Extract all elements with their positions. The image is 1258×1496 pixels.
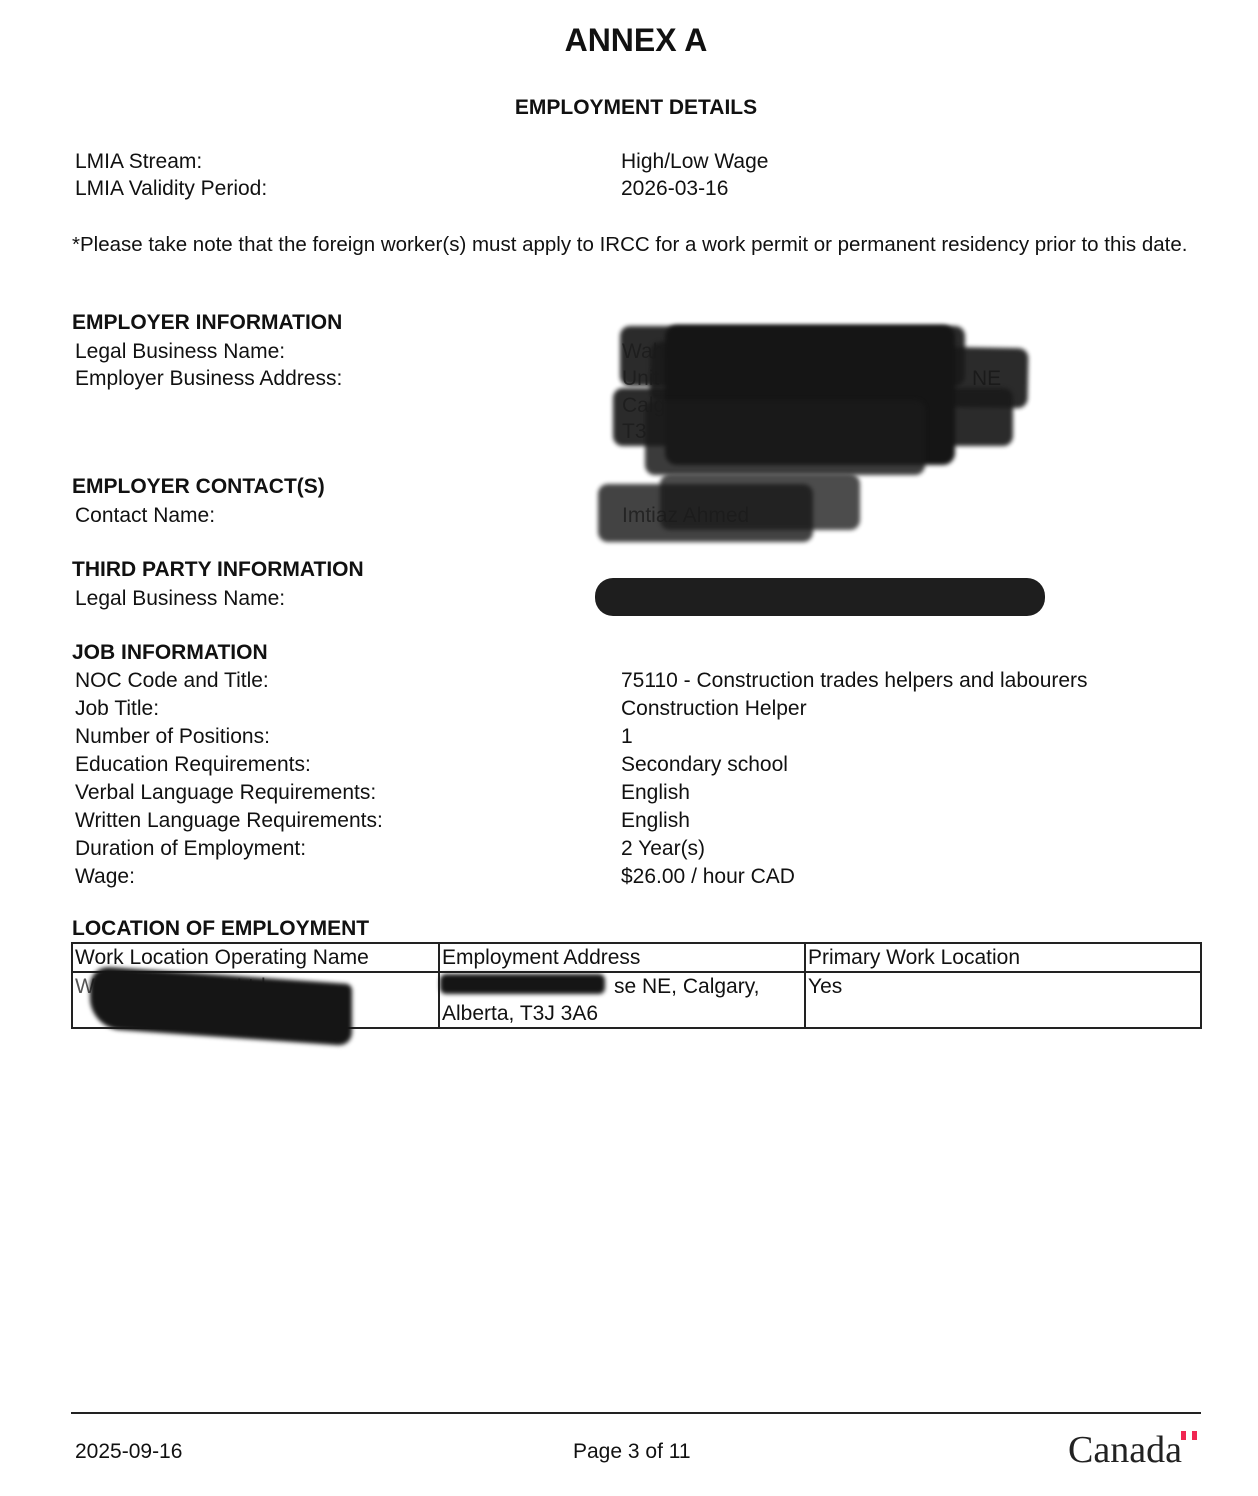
flag-icon [1181,1431,1197,1440]
job-field-value: 2 Year(s) [621,837,705,861]
annex-title: ANNEX A [0,22,1258,59]
job-field-value: Construction Helper [621,697,807,721]
address-line-2: Alberta, T3J 3A6 [442,1000,802,1027]
job-field-value: Secondary school [621,753,788,777]
contacts-heading: EMPLOYER CONTACT(S) [72,475,325,499]
page-number: Page 3 of 11 [573,1440,691,1464]
job-field-value: 1 [621,725,633,749]
job-field-label: Education Requirements: [75,753,311,777]
redaction-mark [595,578,1045,616]
job-field-label: Written Language Requirements: [75,809,383,833]
primary-location-cell: Yes [805,972,1201,1028]
location-heading: LOCATION OF EMPLOYMENT [72,917,369,941]
section-title: EMPLOYMENT DETAILS [0,96,1258,120]
redaction-mark [645,400,925,475]
job-heading: JOB INFORMATION [72,641,268,665]
redaction-mark [660,474,860,530]
column-header: Employment Address [439,943,805,972]
employer-address-label: Employer Business Address: [75,367,342,391]
job-field-value: English [621,809,690,833]
job-field-label: Job Title: [75,697,159,721]
job-field-value: 75110 - Construction trades helpers and … [621,669,1088,693]
footer-date: 2025-09-16 [75,1440,182,1464]
third-party-heading: THIRD PARTY INFORMATION [72,558,364,582]
validity-note: *Please take note that the foreign worke… [72,231,1202,259]
footer-divider [71,1412,1201,1414]
job-field-value: English [621,781,690,805]
redaction-mark [440,974,605,994]
lmia-stream-label: LMIA Stream: [75,150,202,174]
table-header-row: Work Location Operating Name Employment … [72,943,1201,972]
job-field-value: $26.00 / hour CAD [621,865,795,889]
job-field-label: Verbal Language Requirements: [75,781,376,805]
lmia-stream-value: High/Low Wage [621,150,768,174]
employer-heading: EMPLOYER INFORMATION [72,311,342,335]
column-header: Primary Work Location [805,943,1201,972]
job-field-label: Wage: [75,865,135,889]
canada-wordmark-logo: Canada [1068,1428,1182,1472]
legal-business-name-label: Legal Business Name: [75,340,285,364]
lmia-validity-value: 2026-03-16 [621,177,728,201]
third-party-name-label: Legal Business Name: [75,587,285,611]
job-field-label: NOC Code and Title: [75,669,269,693]
lmia-validity-label: LMIA Validity Period: [75,177,267,201]
contact-name-label: Contact Name: [75,504,215,528]
job-field-label: Number of Positions: [75,725,270,749]
job-field-label: Duration of Employment: [75,837,306,861]
